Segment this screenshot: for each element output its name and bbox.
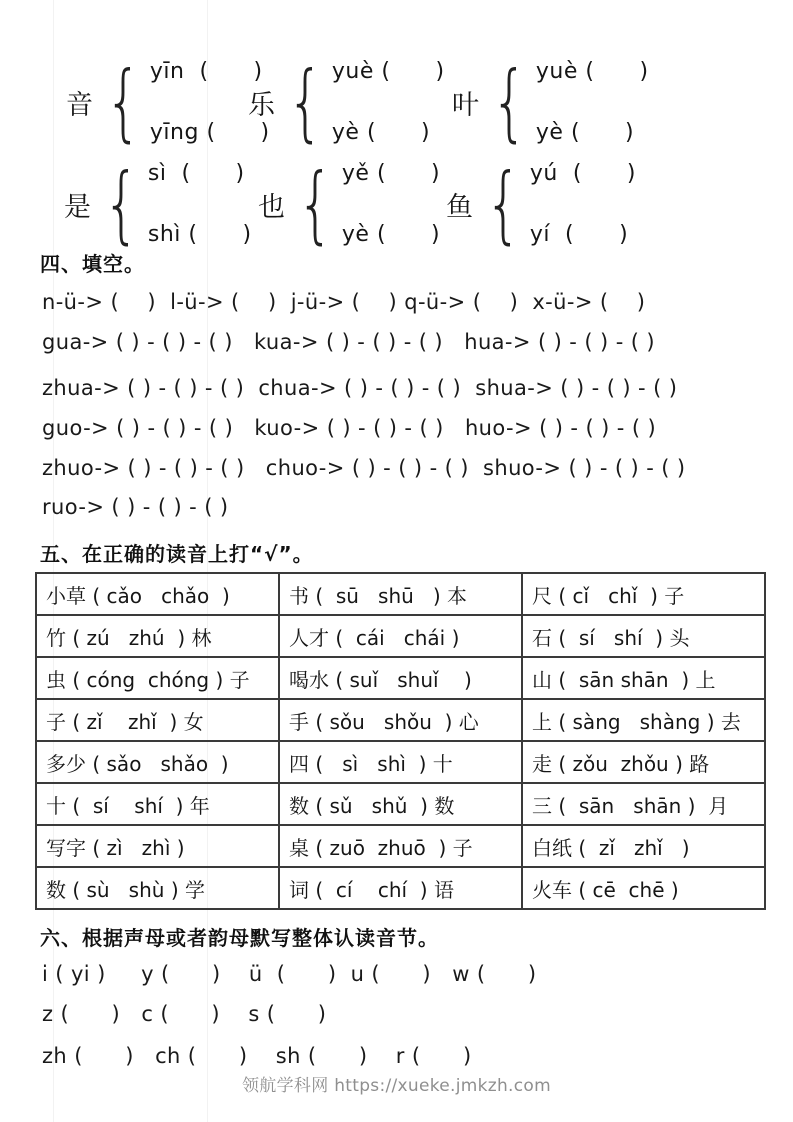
table-cell: 四 ( sì shì ) 十 bbox=[279, 741, 522, 783]
pinyin-option-top: yú ( ) bbox=[530, 161, 636, 186]
table-cell: 子 ( zǐ zhǐ ) 女 bbox=[36, 699, 279, 741]
pinyin-options: yě ( ) yè ( ) bbox=[342, 161, 440, 247]
table-cell: 手 ( sǒu shǒu ) 心 bbox=[279, 699, 522, 741]
table-cell: 书 ( sū shū ) 本 bbox=[279, 573, 522, 615]
section4-line: zhuo-> ( ) - ( ) - ( ) chuo-> ( ) - ( ) … bbox=[42, 456, 686, 480]
brace-glyph: { bbox=[287, 60, 324, 144]
table-row: 子 ( zǐ zhǐ ) 女 手 ( sǒu shǒu ) 心 上 ( sàng… bbox=[36, 699, 765, 741]
table-cell: 词 ( cí chí ) 语 bbox=[279, 867, 522, 909]
table-row: 小草 ( cǎo chǎo ) 书 ( sū shū ) 本 尺 ( cǐ ch… bbox=[36, 573, 765, 615]
brace-glyph: { bbox=[491, 60, 528, 144]
brace-glyph: { bbox=[105, 60, 142, 144]
pinyin-option-bottom: yè ( ) bbox=[332, 120, 445, 145]
section4-line: guo-> ( ) - ( ) - ( ) kuo-> ( ) - ( ) - … bbox=[42, 416, 656, 440]
table-cell: 尺 ( cǐ chǐ ) 子 bbox=[522, 573, 765, 615]
table-cell: 竹 ( zú zhú ) 林 bbox=[36, 615, 279, 657]
hanzi-character: 是 bbox=[64, 185, 91, 224]
table-cell: 小草 ( cǎo chǎo ) bbox=[36, 573, 279, 615]
pinyin-choice-group-shi: 是 { sì ( ) shì ( ) bbox=[64, 158, 252, 250]
brace-glyph: { bbox=[485, 162, 522, 246]
pinyin-option-bottom: yè ( ) bbox=[536, 120, 649, 145]
section4-line: gua-> ( ) - ( ) - ( ) kua-> ( ) - ( ) - … bbox=[42, 330, 655, 354]
pinyin-choice-group-yin: 音 { yīn ( ) yīng ( ) bbox=[66, 56, 270, 148]
pinyin-option-top: yě ( ) bbox=[342, 161, 440, 186]
table-cell: 石 ( sí shí ) 头 bbox=[522, 615, 765, 657]
section4-line: n-ü-> ( ) l-ü-> ( ) j-ü-> ( ) q-ü-> ( ) … bbox=[42, 290, 645, 314]
pinyin-choice-group-yu: 鱼 { yú ( ) yí ( ) bbox=[446, 158, 636, 250]
pronunciation-choice-table: 小草 ( cǎo chǎo ) 书 ( sū shū ) 本 尺 ( cǐ ch… bbox=[35, 572, 766, 910]
hanzi-character: 叶 bbox=[452, 83, 479, 122]
hanzi-character: 乐 bbox=[248, 83, 275, 122]
brace-glyph: { bbox=[297, 162, 334, 246]
table-cell: 喝水 ( suǐ shuǐ ) bbox=[279, 657, 522, 699]
brace-glyph: { bbox=[103, 162, 140, 246]
table-cell: 十 ( sí shí ) 年 bbox=[36, 783, 279, 825]
pinyin-option-bottom: yí ( ) bbox=[530, 222, 636, 247]
hanzi-character: 音 bbox=[66, 83, 93, 122]
table-row: 数 ( sù shù ) 学 词 ( cí chí ) 语 火车 ( cē ch… bbox=[36, 867, 765, 909]
pinyin-option-bottom: shì ( ) bbox=[148, 222, 252, 247]
section5-title: 五、在正确的读音上打“√”。 bbox=[40, 538, 314, 567]
section6-line: z ( ) c ( ) s ( ) bbox=[42, 1002, 326, 1026]
pinyin-choice-group-le: 乐 { yuè ( ) yè ( ) bbox=[248, 56, 445, 148]
section6-title: 六、根据声母或者韵母默写整体认读音节。 bbox=[40, 922, 439, 951]
table-row: 竹 ( zú zhú ) 林 人才 ( cái chái ) 石 ( sí sh… bbox=[36, 615, 765, 657]
table-cell: 山 ( sān shān ) 上 bbox=[522, 657, 765, 699]
table-cell: 桌 ( zuō zhuō ) 子 bbox=[279, 825, 522, 867]
hanzi-character: 鱼 bbox=[446, 185, 473, 224]
table-cell: 数 ( sù shù ) 学 bbox=[36, 867, 279, 909]
table-row: 多少 ( sǎo shǎo ) 四 ( sì shì ) 十 走 ( zǒu z… bbox=[36, 741, 765, 783]
pinyin-option-bottom: yè ( ) bbox=[342, 222, 440, 247]
pinyin-options: yuè ( ) yè ( ) bbox=[332, 59, 445, 145]
table-cell: 写字 ( zì zhì ) bbox=[36, 825, 279, 867]
pinyin-options: sì ( ) shì ( ) bbox=[148, 161, 252, 247]
pinyin-option-top: sì ( ) bbox=[148, 161, 252, 186]
section6-line: i ( yi ) y ( ) ü ( ) u ( ) w ( ) bbox=[42, 962, 537, 986]
section4-line: zhua-> ( ) - ( ) - ( ) chua-> ( ) - ( ) … bbox=[42, 376, 677, 400]
table-cell: 人才 ( cái chái ) bbox=[279, 615, 522, 657]
table-row: 写字 ( zì zhì ) 桌 ( zuō zhuō ) 子 白纸 ( zǐ z… bbox=[36, 825, 765, 867]
pinyin-option-top: yuè ( ) bbox=[536, 59, 649, 84]
site-watermark: 领航学科网 https://xueke.jmkzh.com bbox=[0, 1071, 793, 1096]
table-cell: 虫 ( cóng chóng ) 子 bbox=[36, 657, 279, 699]
pinyin-choice-group-ye2: 也 { yě ( ) yè ( ) bbox=[258, 158, 440, 250]
table-cell: 三 ( sān shān ) 月 bbox=[522, 783, 765, 825]
table-cell: 多少 ( sǎo shǎo ) bbox=[36, 741, 279, 783]
pinyin-choice-group-ye: 叶 { yuè ( ) yè ( ) bbox=[452, 56, 649, 148]
pinyin-options: yuè ( ) yè ( ) bbox=[536, 59, 649, 145]
table-row: 虫 ( cóng chóng ) 子 喝水 ( suǐ shuǐ ) 山 ( s… bbox=[36, 657, 765, 699]
table-cell: 数 ( sǔ shǔ ) 数 bbox=[279, 783, 522, 825]
table-cell: 白纸 ( zǐ zhǐ ) bbox=[522, 825, 765, 867]
pinyin-options: yú ( ) yí ( ) bbox=[530, 161, 636, 247]
section4-line: ruo-> ( ) - ( ) - ( ) bbox=[42, 495, 228, 519]
hanzi-character: 也 bbox=[258, 185, 285, 224]
pinyin-option-top: yuè ( ) bbox=[332, 59, 445, 84]
table-row: 十 ( sí shí ) 年 数 ( sǔ shǔ ) 数 三 ( sān sh… bbox=[36, 783, 765, 825]
section6-line: zh ( ) ch ( ) sh ( ) r ( ) bbox=[42, 1044, 472, 1068]
table-cell: 上 ( sàng shàng ) 去 bbox=[522, 699, 765, 741]
section4-title: 四、填空。 bbox=[40, 248, 145, 277]
table-cell: 火车 ( cē chē ) bbox=[522, 867, 765, 909]
table-cell: 走 ( zǒu zhǒu ) 路 bbox=[522, 741, 765, 783]
worksheet-page: 音 { yīn ( ) yīng ( ) 乐 { yuè ( ) yè ( ) … bbox=[0, 0, 793, 1122]
